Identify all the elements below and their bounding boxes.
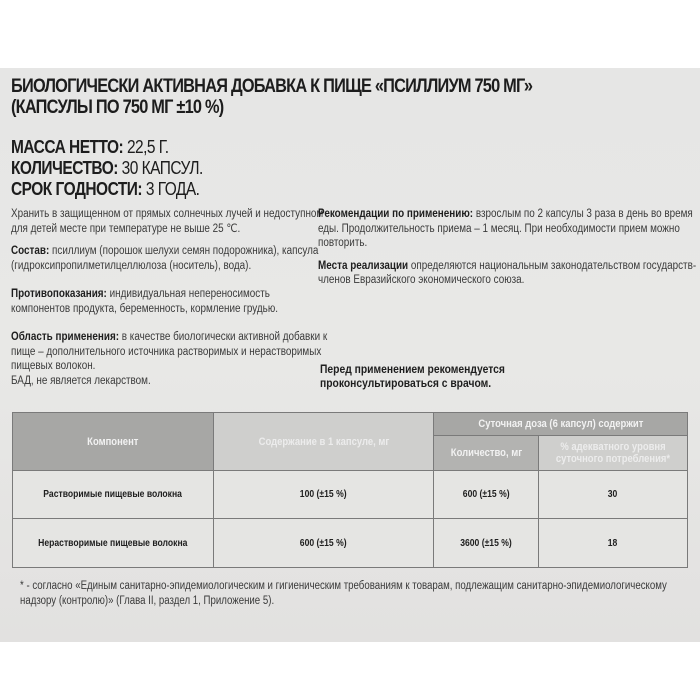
composition-label: Состав: <box>11 245 49 257</box>
cell-per-capsule: 100 (±15 %) <box>214 471 434 519</box>
header-percent: % адекватного уровня суточного потреблен… <box>539 436 688 471</box>
shelf-life: СРОК ГОДНОСТИ: 3 ГОДА. <box>11 179 203 200</box>
quantity-label: КОЛИЧЕСТВО: <box>11 158 118 178</box>
quantity: КОЛИЧЕСТВО: 30 КАПСУЛ. <box>11 158 203 179</box>
recommendations: Рекомендации по применению: взрослым по … <box>318 207 696 251</box>
table-row: Нерастворимые пищевые волокна 600 (±15 %… <box>13 519 688 568</box>
header-amount: Количество, мг <box>434 436 539 471</box>
cell-percent: 18 <box>539 519 688 568</box>
storage-text: Хранить в защищенном от прямых солнечных… <box>11 207 329 236</box>
not-medicine-text: БАД, не является лекарством. <box>11 374 329 389</box>
sales-places: Места реализации определяются национальн… <box>318 259 696 288</box>
footnote: * - согласно «Единым санитарно-эпидемиол… <box>20 579 675 609</box>
cell-component: Нерастворимые пищевые волокна <box>13 519 214 568</box>
right-info-column: Рекомендации по применению: взрослым по … <box>318 207 696 296</box>
consult-doctor-note: Перед применением рекомендуется проконсу… <box>320 362 526 390</box>
contraindications: Противопоказания: индивидуальная неперен… <box>11 287 329 316</box>
shelf-life-value: 3 ГОДА. <box>142 179 199 199</box>
application-area: Область применения: в качестве биологиче… <box>11 330 329 374</box>
header-daily-dose: Суточная доза (6 капсул) содержит <box>434 413 688 436</box>
product-title: БИОЛОГИЧЕСКИ АКТИВНАЯ ДОБАВКА К ПИЩЕ «ПС… <box>11 76 604 118</box>
header-component: Компонент <box>13 413 214 471</box>
net-weight-label: МАССА НЕТТО: <box>11 137 123 157</box>
table-row: Растворимые пищевые волокна 100 (±15 %) … <box>13 471 688 519</box>
recommendations-label: Рекомендации по применению: <box>318 208 473 220</box>
cell-percent: 30 <box>539 471 688 519</box>
product-facts: МАССА НЕТТО: 22,5 Г. КОЛИЧЕСТВО: 30 КАПС… <box>11 137 203 200</box>
header-per-capsule: Содержание в 1 капсуле, мг <box>214 413 434 471</box>
net-weight: МАССА НЕТТО: 22,5 Г. <box>11 137 203 158</box>
sales-places-label: Места реализации <box>318 260 408 272</box>
shelf-life-label: СРОК ГОДНОСТИ: <box>11 179 142 199</box>
composition: Состав: псиллиум (порошок шелухи семян п… <box>11 244 329 273</box>
quantity-value: 30 КАПСУЛ. <box>118 158 203 178</box>
composition-text: псиллиум (порошок шелухи семян подорожни… <box>11 245 318 272</box>
cell-component: Растворимые пищевые волокна <box>13 471 214 519</box>
nutrition-table: Компонент Содержание в 1 капсуле, мг Сут… <box>12 412 688 568</box>
application-area-label: Область применения: <box>11 331 119 343</box>
net-weight-value: 22,5 Г. <box>123 137 168 157</box>
contraindications-label: Противопоказания: <box>11 288 107 300</box>
title-line-2: (КАПСУЛЫ ПО 750 МГ ±10 %) <box>11 97 604 118</box>
title-line-1: БИОЛОГИЧЕСКИ АКТИВНАЯ ДОБАВКА К ПИЩЕ «ПС… <box>11 76 604 97</box>
cell-per-capsule: 600 (±15 %) <box>214 519 434 568</box>
cell-amount: 600 (±15 %) <box>434 471 539 519</box>
left-info-column: Хранить в защищенном от прямых солнечных… <box>11 207 329 396</box>
cell-amount: 3600 (±15 %) <box>434 519 539 568</box>
